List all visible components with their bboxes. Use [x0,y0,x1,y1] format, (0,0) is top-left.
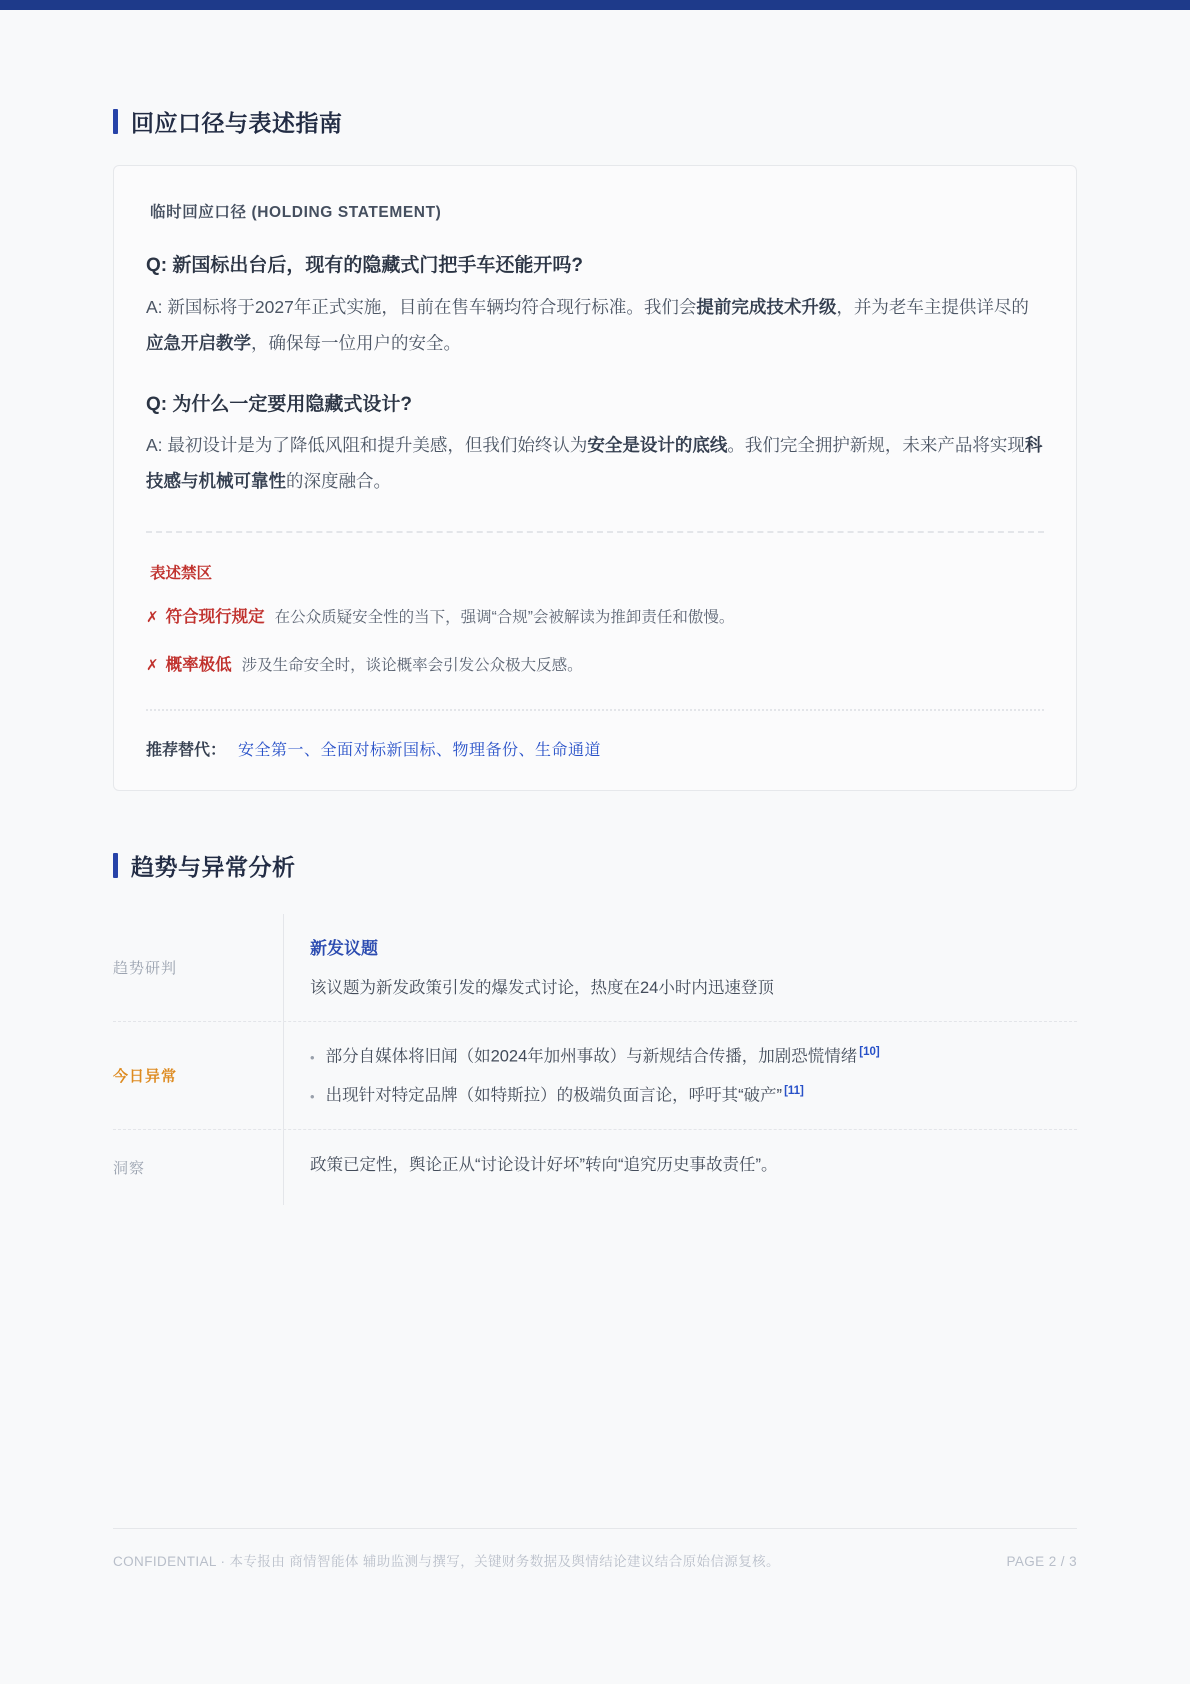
trend-row-label: 洞察 [113,1130,283,1205]
section-title-trend: 趋势与异常分析 [131,849,296,882]
qa-block-1: Q: 新国标出台后，现有的隐藏式门把手车还能开吗? A: 新国标将于2027年正… [146,252,1044,361]
taboo-term: 符合现行规定 [166,608,265,626]
top-accent-bar [0,0,1190,10]
footer-confidential-note: CONFIDENTIAL · 本专报由 商情智能体 辅助监测与撰写，关键财务数据… [113,1550,780,1570]
alternatives-terms: 安全第一、全面对标新国标、物理备份、生命通道 [238,737,601,760]
trend-row-content: 新发议题 该议题为新发政策引发的爆发式讨论，热度在24小时内迅速登顶 [283,914,1077,1022]
bullet-dot-icon: • [310,1048,315,1069]
taboo-section: 表述禁区 ✗符合现行规定在公众质疑安全性的当下，强调“合规”会被解读为推卸责任和… [146,561,1044,679]
insight-text: 政策已定性，舆论正从“讨论设计好坏”转向“追究历史事故责任”。 [310,1153,1077,1179]
section-title-response: 回应口径与表述指南 [131,105,343,138]
trend-row-insight: 洞察 政策已定性，舆论正从“讨论设计好坏”转向“追究历史事故责任”。 [113,1130,1077,1205]
answer-text: A: 最初设计是为了降低风阻和提升美感，但我们始终认为安全是设计的底线。我们完全… [146,427,1044,499]
trend-row-anomaly: 今日异常 • 部分自媒体将旧闻（如2024年加州事故）与新规结合传播，加剧恐慌情… [113,1022,1077,1129]
trend-row-content: • 部分自媒体将旧闻（如2024年加州事故）与新规结合传播，加剧恐慌情绪[10]… [283,1022,1077,1129]
page-footer: CONFIDENTIAL · 本专报由 商情智能体 辅助监测与撰写，关键财务数据… [113,1528,1077,1570]
taboo-label: 表述禁区 [146,561,1044,583]
anomaly-bullet-text[interactable]: 出现针对特定品牌（如特斯拉）的极端负面言论，呼吁其“破产”[11] [326,1082,804,1109]
qa-block-2: Q: 为什么一定要用隐藏式设计? A: 最初设计是为了降低风阻和提升美感，但我们… [146,391,1044,500]
taboo-term: 概率极低 [166,656,232,674]
taboo-desc: 涉及生命安全时，谈论概率会引发公众极大反感。 [242,657,583,674]
question-text: Q: 新国标出台后，现有的隐藏式门把手车还能开吗? [146,252,1044,281]
trend-description: 该议题为新发政策引发的爆发式讨论，热度在24小时内迅速登顶 [310,976,1077,1002]
trend-row-label: 今日异常 [113,1022,283,1129]
question-text: Q: 为什么一定要用隐藏式设计? [146,391,1044,420]
bullet-dot-icon: • [310,1087,315,1108]
trend-headline: 新发议题 [310,934,1077,959]
trend-row-content: 政策已定性，舆论正从“讨论设计好坏”转向“追究历史事故责任”。 [283,1130,1077,1205]
taboo-item: ✗符合现行规定在公众质疑安全性的当下，强调“合规”会被解读为推卸责任和傲慢。 [146,604,1044,631]
anomaly-bullet-text[interactable]: 部分自媒体将旧闻（如2024年加州事故）与新规结合传播，加剧恐慌情绪[10] [326,1043,880,1070]
alternatives-label: 推荐替代： [146,737,226,760]
cross-mark-icon: ✗ [146,609,159,626]
holding-statement-card: 临时回应口径 (HOLDING STATEMENT) Q: 新国标出台后，现有的… [113,165,1077,791]
footer-page-number: PAGE 2 / 3 [1006,1554,1077,1569]
trend-row-judgment: 趋势研判 新发议题 该议题为新发政策引发的爆发式讨论，热度在24小时内迅速登顶 [113,914,1077,1022]
anomaly-bullet: • 出现针对特定品牌（如特斯拉）的极端负面言论，呼吁其“破产”[11] [310,1082,1077,1109]
section-heading-response: 回应口径与表述指南 [113,105,1077,138]
page-content: 回应口径与表述指南 临时回应口径 (HOLDING STATEMENT) Q: … [0,105,1190,1205]
section-accent-bar [113,853,118,878]
taboo-desc: 在公众质疑安全性的当下，强调“合规”会被解读为推卸责任和傲慢。 [275,609,735,626]
recommended-alternatives-row: 推荐替代： 安全第一、全面对标新国标、物理备份、生命通道 [146,737,1044,760]
section-accent-bar [113,109,118,134]
holding-statement-label: 临时回应口径 (HOLDING STATEMENT) [146,200,1044,222]
taboo-alternatives-divider [146,709,1044,711]
section-heading-trend: 趋势与异常分析 [113,849,1077,882]
answer-text: A: 新国标将于2027年正式实施，目前在售车辆均符合现行标准。我们会提前完成技… [146,289,1044,361]
anomaly-bullet: • 部分自媒体将旧闻（如2024年加州事故）与新规结合传播，加剧恐慌情绪[10] [310,1043,1077,1070]
cross-mark-icon: ✗ [146,657,159,674]
taboo-item: ✗概率极低涉及生命安全时，谈论概率会引发公众极大反感。 [146,652,1044,679]
qa-taboo-divider [146,531,1044,533]
trend-table: 趋势研判 新发议题 该议题为新发政策引发的爆发式讨论，热度在24小时内迅速登顶 … [113,914,1077,1205]
trend-row-label: 趋势研判 [113,914,283,1022]
